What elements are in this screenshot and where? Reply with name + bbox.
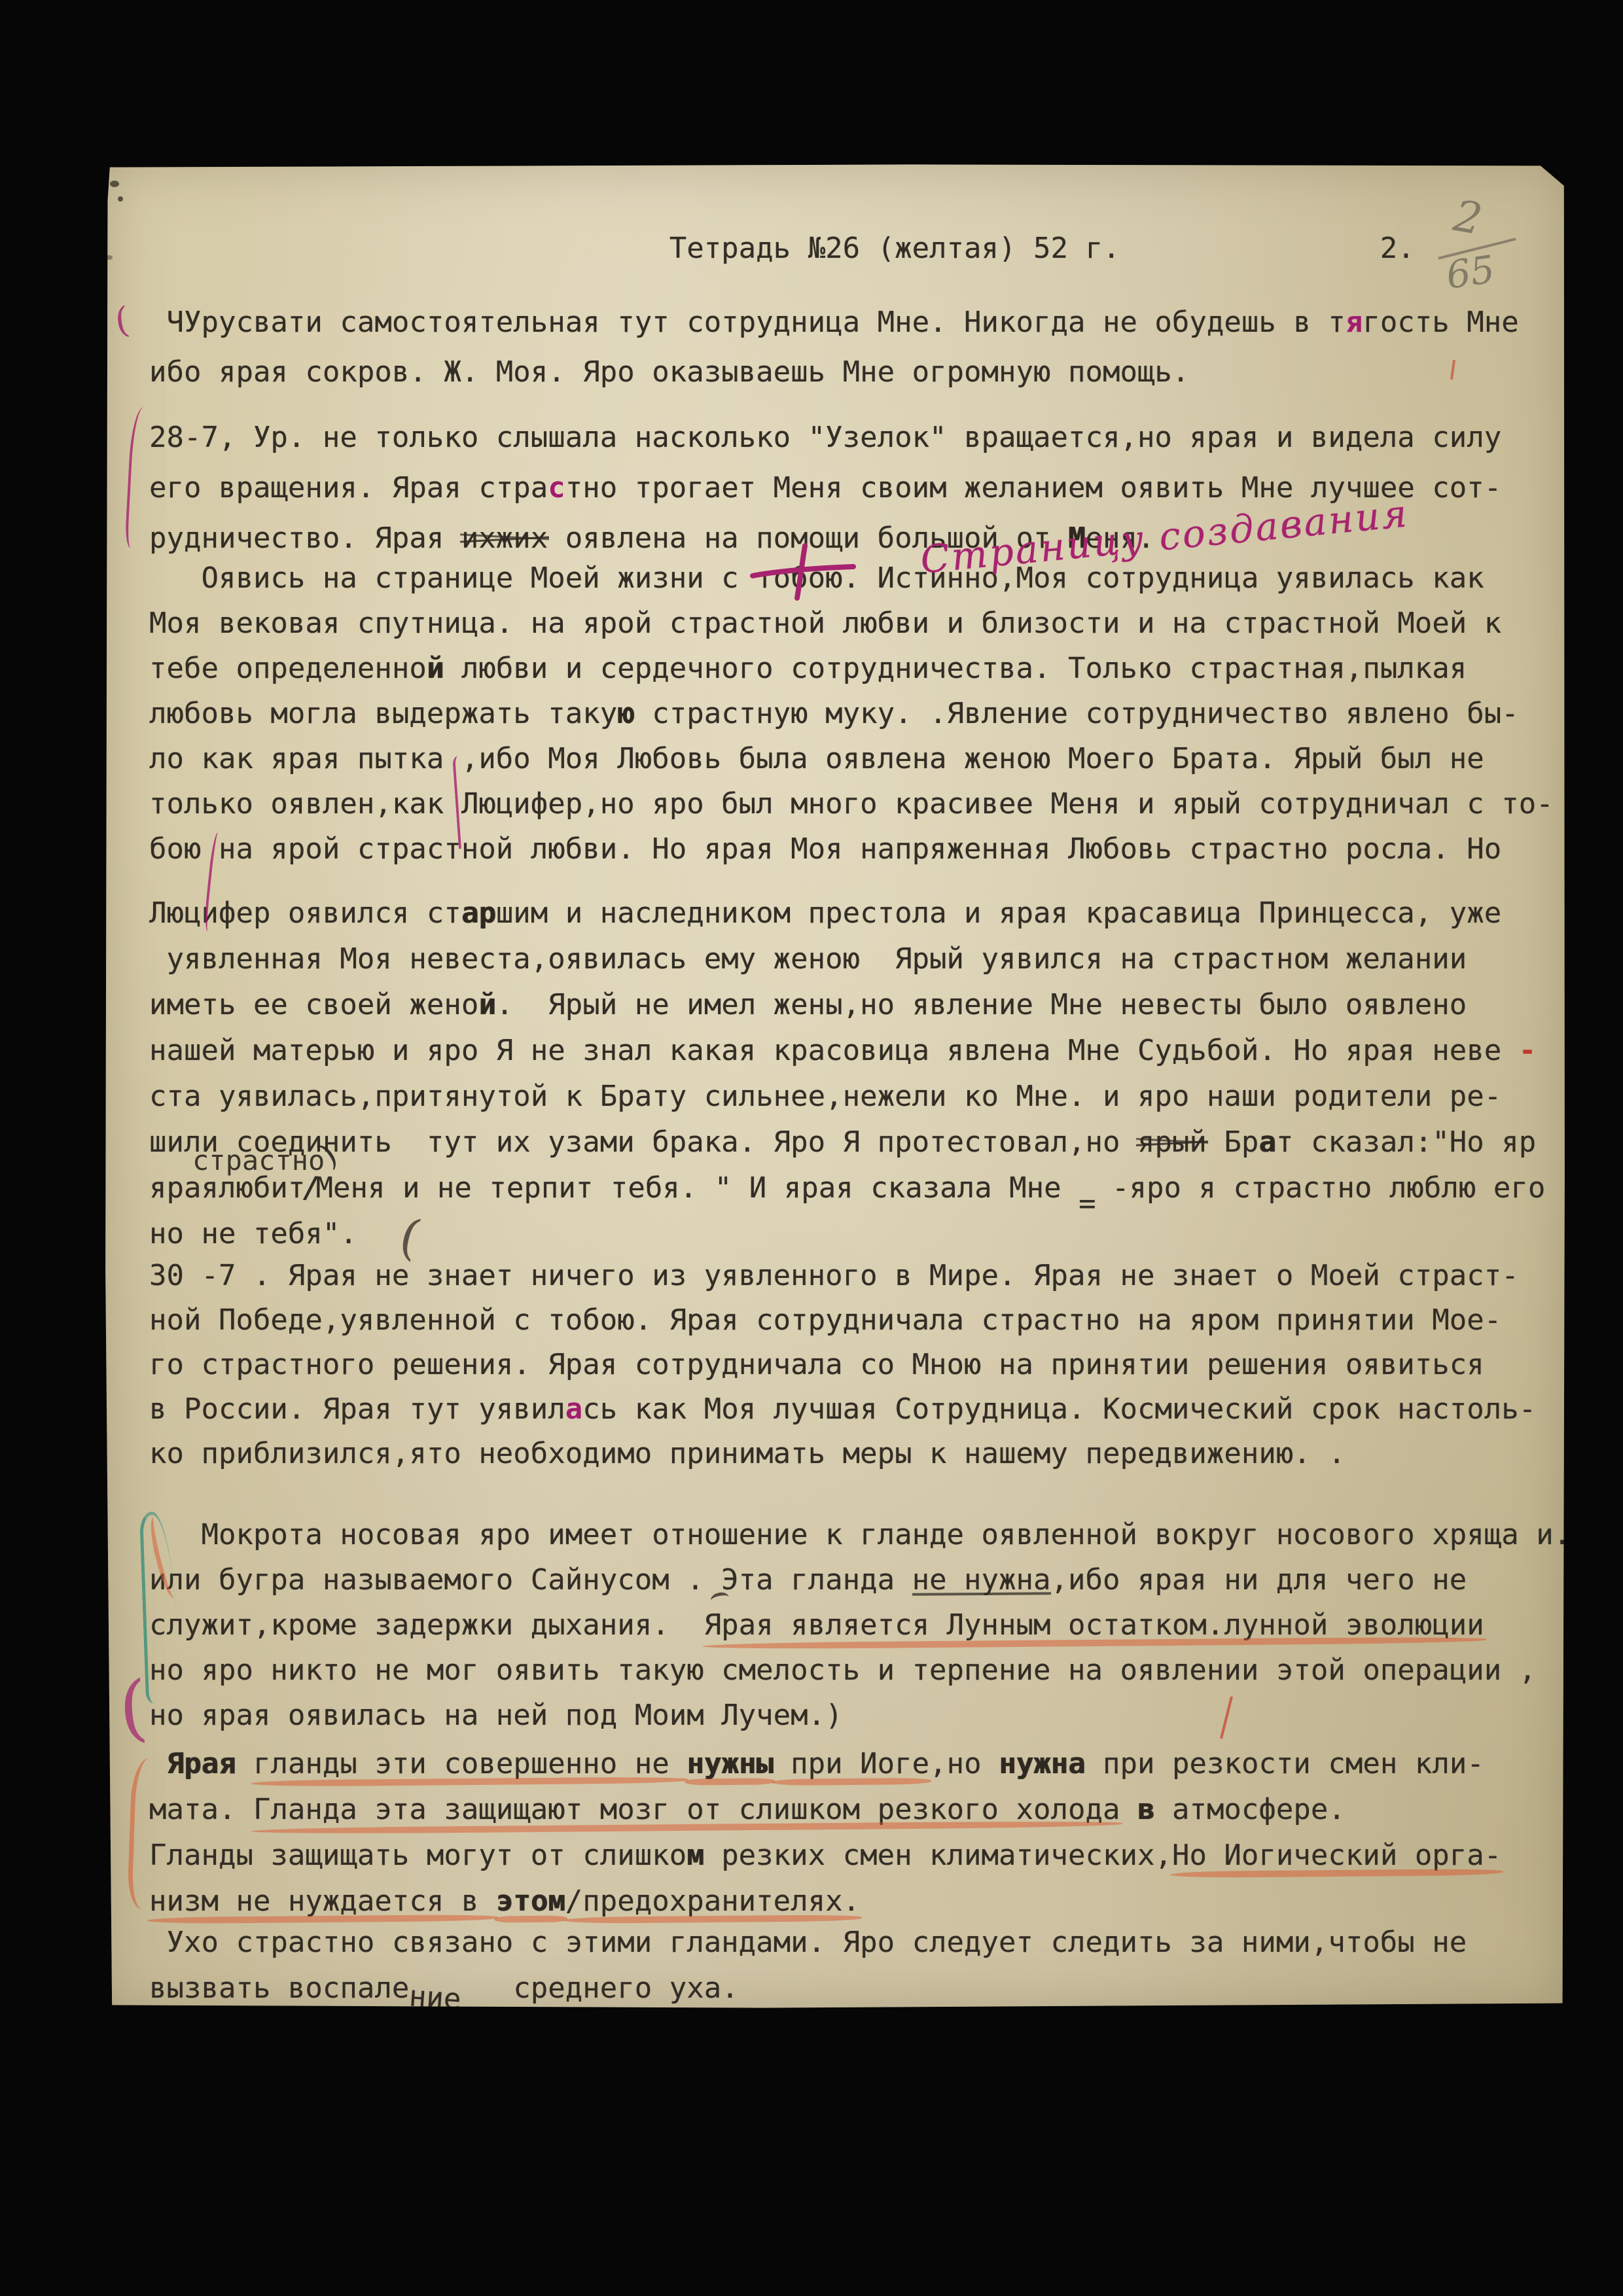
typed-line: Гланды защищать могут от слишком резких … bbox=[149, 1833, 1501, 1879]
typed-line: вызвать воспаление среднего уха. bbox=[149, 1966, 1467, 2009]
scanned-page: { "document": { "type": "typewritten-man… bbox=[0, 0, 1623, 2296]
typed-line: 30 -7 . Ярая не знает ничего из уявленно… bbox=[149, 1254, 1536, 1298]
typed-line: только оявлен,как Люцифер,но яро был мно… bbox=[149, 781, 1554, 826]
typed-line: служит,кроме задержки дыхания. Ярая явля… bbox=[149, 1602, 1565, 1648]
typed-line: или бугра называемого Сайнусом . Эта гла… bbox=[149, 1557, 1565, 1602]
typed-line: но не тебя". bbox=[149, 1211, 1545, 1257]
purple-margin-line bbox=[124, 406, 151, 548]
document-scan: Тетрадь №26 (желтая) 52 г. 2. ЧУрусвати … bbox=[105, 164, 1565, 2009]
typed-line: ЧУрусвати самостоятельная тут сотрудница… bbox=[149, 298, 1519, 347]
typed-line: мата. Гланда эта защищают мозг от слишко… bbox=[149, 1787, 1501, 1833]
typed-line: Мокрота носовая яро имеет отношение к гл… bbox=[149, 1512, 1565, 1557]
typed-line: любовь могла выдержать такую страстную м… bbox=[149, 691, 1554, 736]
typed-line: в России. Ярая тут уявилась как Моя лучш… bbox=[149, 1387, 1536, 1432]
plus-mark-icon bbox=[747, 542, 859, 604]
typed-line: Моя вековая спутница. на ярой страстной … bbox=[149, 601, 1554, 646]
typed-line: ко приблизился,ято необходимо принимать … bbox=[149, 1432, 1536, 1476]
typed-line: Люцифер оявился старшим и наследником пр… bbox=[149, 891, 1545, 936]
typed-line: шили соединить тут их узами брака. Яро Я… bbox=[149, 1120, 1545, 1165]
paragraph-7: Ярая гланды эти совершенно не нужны при … bbox=[149, 1741, 1501, 1924]
typed-line: тебе определенной любви и сердечного сот… bbox=[149, 646, 1554, 691]
typed-line: яраялюбит/Меня и не терпит тебя. " И яра… bbox=[149, 1165, 1545, 1211]
typed-line: но ярая оявилась на ней под Моим Лучем.) bbox=[149, 1693, 1565, 1738]
typed-line: Тетрадь №26 (желтая) 52 г. 2. bbox=[149, 226, 1415, 272]
typed-line: бою на ярой страстной любви. Но ярая Моя… bbox=[149, 826, 1554, 872]
header-line: Тетрадь №26 (желтая) 52 г. 2. bbox=[149, 226, 1415, 272]
paragraph-1: ЧУрусвати самостоятельная тут сотрудница… bbox=[149, 298, 1519, 397]
purple-paren-small: ( bbox=[113, 299, 132, 342]
typed-line: уявленная Моя невеста,оявилась ему женою… bbox=[149, 936, 1545, 982]
ink-speck bbox=[118, 196, 123, 202]
typed-line: ло как ярая пытка ,ибо Моя Любовь была о… bbox=[149, 736, 1554, 781]
paragraph-4: Люцифер оявился старшим и наследником пр… bbox=[149, 891, 1545, 1257]
purple-paren-large: ( bbox=[116, 1665, 151, 1751]
ink-speck bbox=[110, 181, 119, 187]
typed-line: иметь ее своей женой. Ярый не имел жены,… bbox=[149, 982, 1545, 1028]
ink-speck bbox=[106, 255, 113, 260]
pencil-page-number-alt: 65 bbox=[1444, 247, 1498, 298]
typed-line: но яро никто не мог оявить такую смелост… bbox=[149, 1648, 1565, 1693]
typed-line: ибо ярая сокров. Ж. Моя. Яро оказываешь … bbox=[149, 347, 1519, 397]
typed-line: го страстного решения. Ярая сотрудничала… bbox=[149, 1343, 1536, 1387]
orange-margin-bracket bbox=[127, 1757, 158, 1909]
inserted-word-strastno: страстно) bbox=[192, 1140, 338, 1178]
pencil-page-number: 2 bbox=[1450, 190, 1486, 245]
typed-line: ста уявилась,притянутой к Брату сильнее,… bbox=[149, 1074, 1545, 1120]
typed-line: 28-7, Ур. не только слышала насколько "У… bbox=[149, 412, 1501, 463]
paragraph-5: 30 -7 . Ярая не знает ничего из уявленно… bbox=[149, 1254, 1536, 1476]
typed-line: ной Победе,уявленной с тобою. Ярая сотру… bbox=[149, 1298, 1536, 1343]
paragraph-6: Мокрота носовая яро имеет отношение к гл… bbox=[149, 1512, 1565, 1738]
typed-line: низм не нуждается в этом/предохранителях… bbox=[149, 1879, 1501, 1924]
typed-line: Ухо страстно связано с этими гландами. Я… bbox=[149, 1920, 1467, 1966]
paragraph-8: Ухо страстно связано с этими гландами. Я… bbox=[149, 1920, 1467, 2009]
inserted-word-text: страстно bbox=[192, 1144, 325, 1176]
typed-line: нашей матерью и яро Я не знал какая крас… bbox=[149, 1028, 1545, 1074]
typed-line: Ярая гланды эти совершенно не нужны при … bbox=[149, 1741, 1501, 1787]
